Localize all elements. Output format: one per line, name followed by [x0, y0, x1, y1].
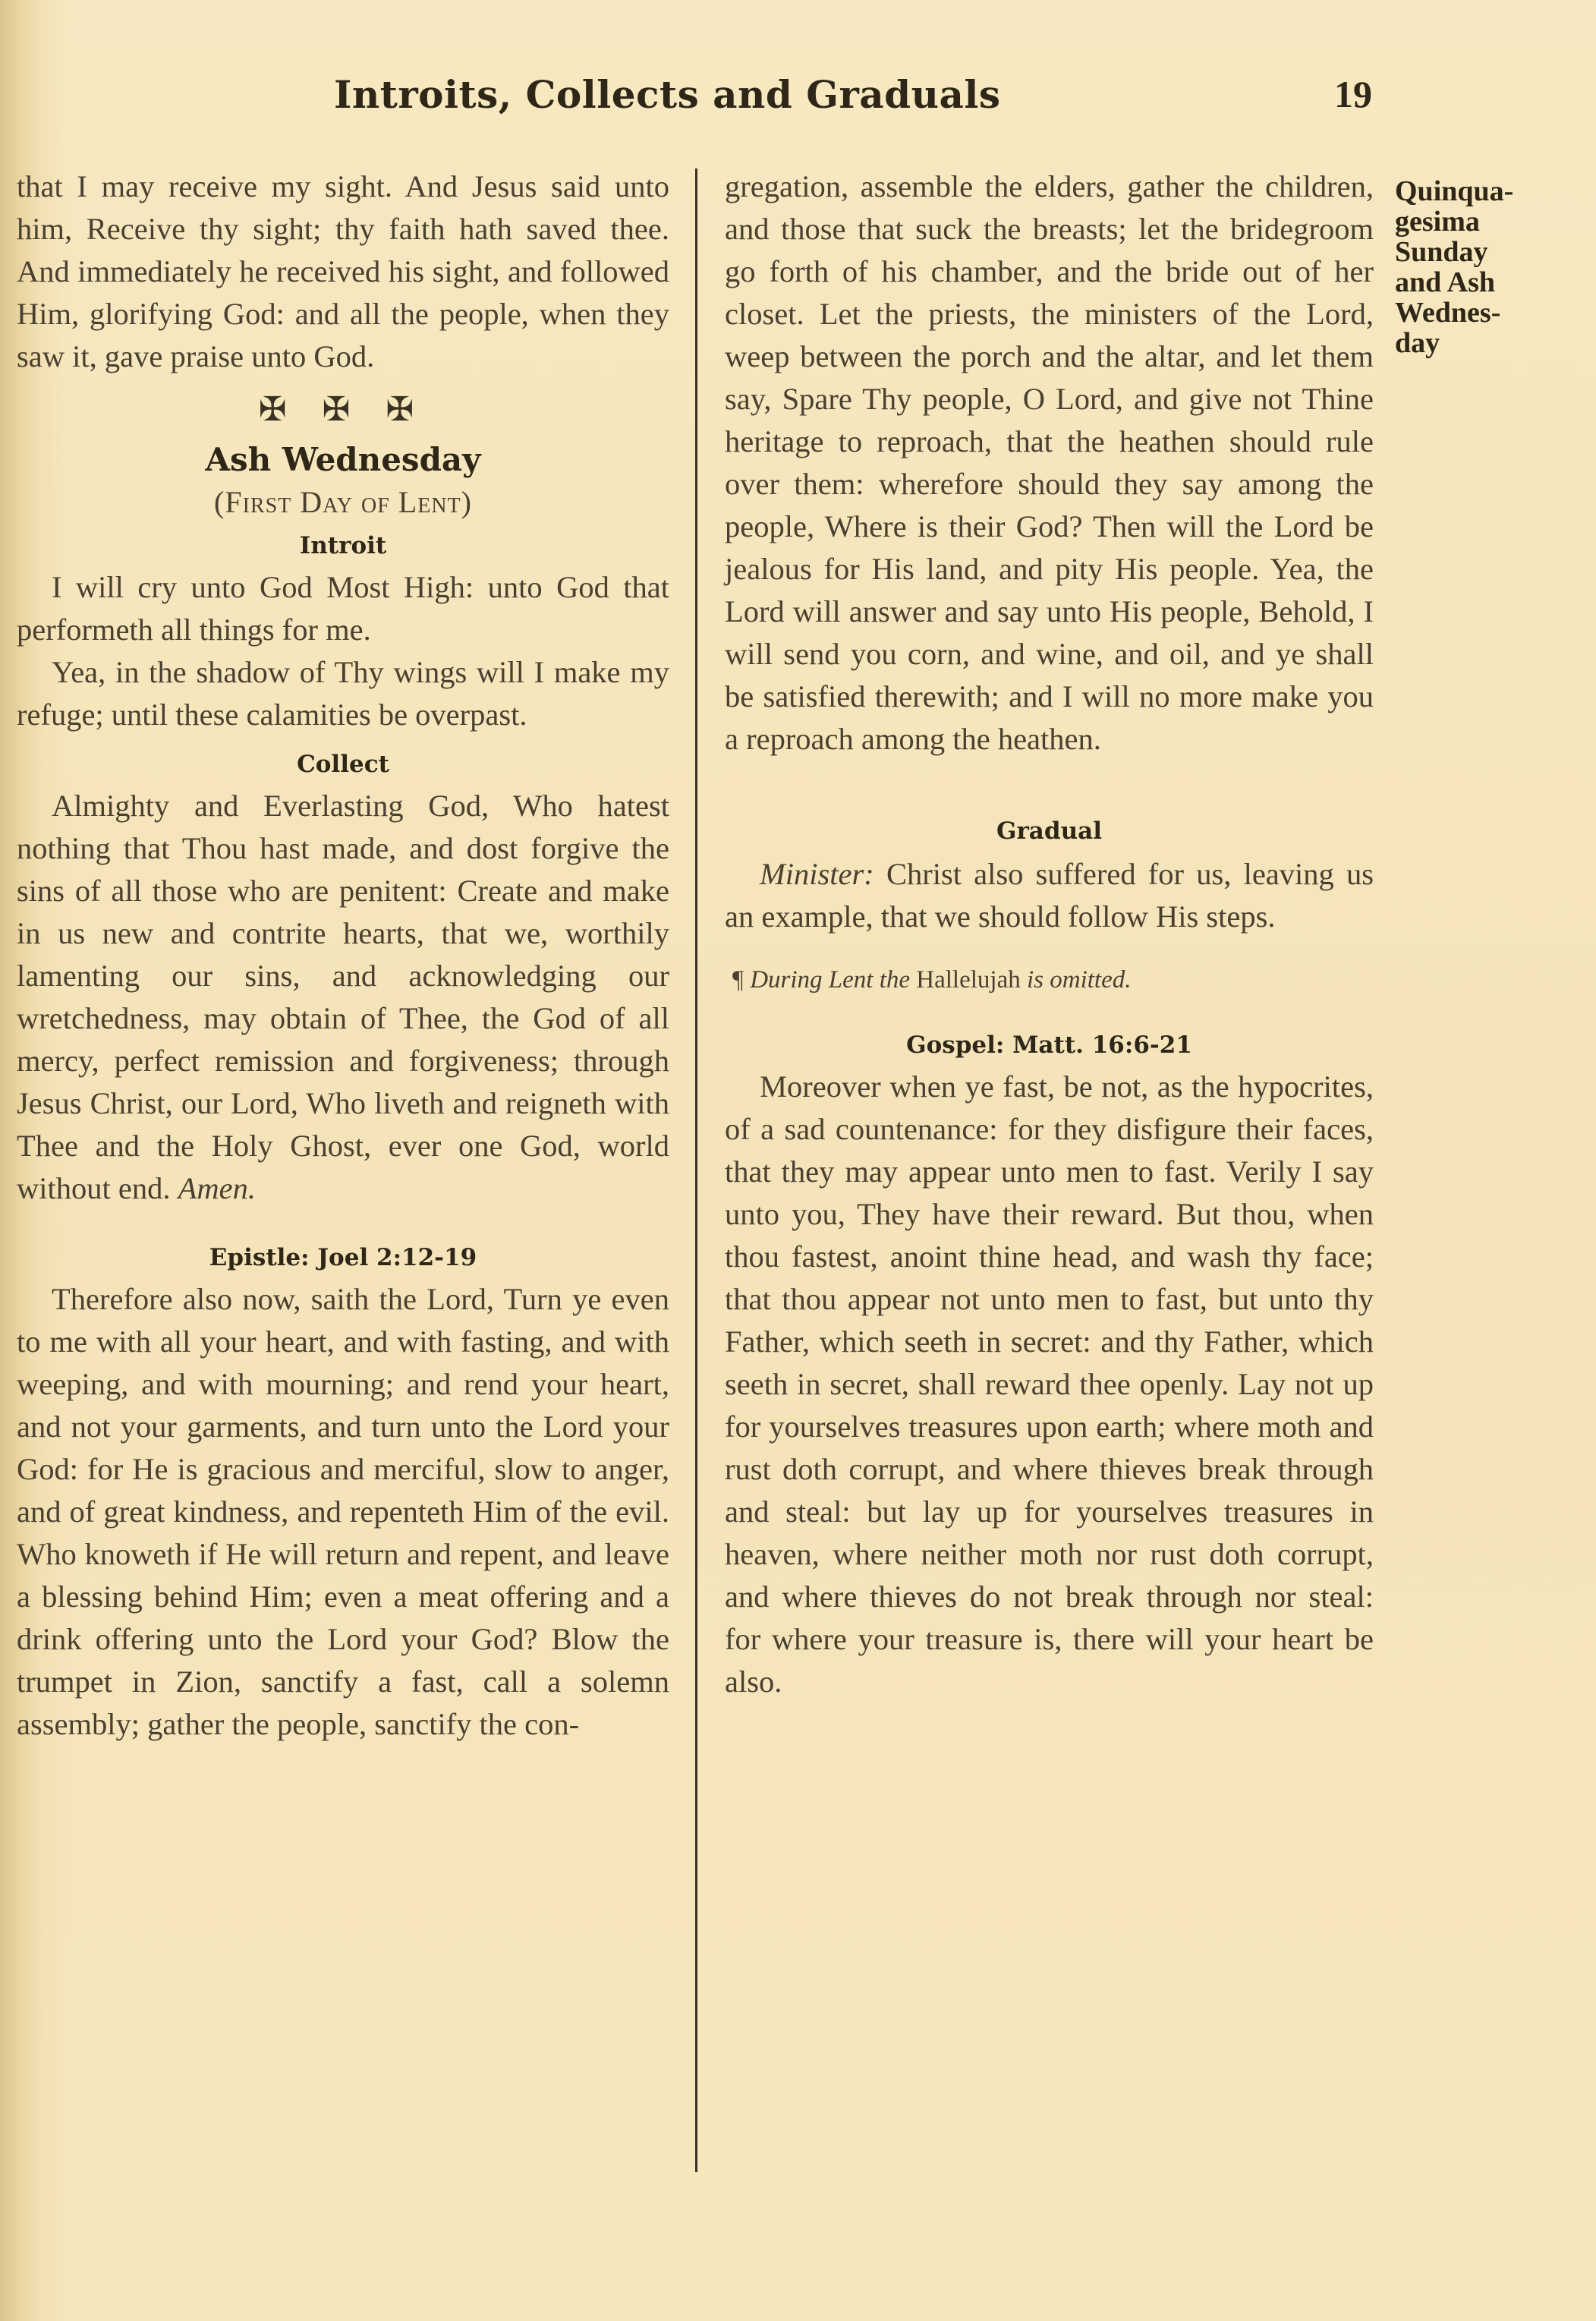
lent-rubric: ¶ During Lent the Hallelujah is omitted. — [725, 962, 1374, 997]
gospel-continuation: that I may receive my sight. And Jesus s… — [17, 165, 669, 378]
running-head: Introits, Collects and Graduals 19 — [334, 72, 1381, 125]
feast-subtitle: (First Day of Lent) — [17, 481, 669, 524]
running-title: Introits, Collects and Graduals — [334, 72, 1001, 117]
introit-heading: Introit — [17, 528, 669, 563]
gradual-heading: Gradual — [725, 814, 1374, 849]
margin-note-line: gesima — [1395, 206, 1547, 237]
gradual-text: Minister: Christ also suffered for us, l… — [725, 853, 1374, 938]
left-column: that I may receive my sight. And Jesus s… — [17, 165, 669, 1746]
gospel-text: Moreover when ye fast, be not, as the hy… — [725, 1066, 1374, 1703]
margin-note: Quinqua- gesima Sunday and Ash Wednes- d… — [1395, 176, 1547, 358]
epistle-continuation: gregation, assemble the elders, gather t… — [725, 165, 1374, 761]
epistle-text: Therefore also now, saith the Lord, Turn… — [17, 1278, 669, 1746]
margin-note-line: Quinqua- — [1395, 176, 1547, 206]
collect-body: Almighty and Everlasting God, Who hatest… — [17, 789, 669, 1205]
column-divider — [695, 168, 697, 2172]
margin-note-line: Sunday — [1395, 237, 1547, 267]
collect-amen: Amen. — [178, 1171, 256, 1205]
introit-verse-2: Yea, in the shadow of Thy wings will I m… — [17, 651, 669, 736]
rubric-part-2: is omitted. — [1027, 966, 1132, 994]
rubric-word: Hallelujah — [916, 966, 1020, 994]
feast-title: Ash Wednesday — [17, 439, 669, 481]
margin-note-line: Wednes- — [1395, 298, 1547, 328]
collect-text: Almighty and Everlasting God, Who hatest… — [17, 785, 669, 1210]
rubric-part-1: During Lent the — [750, 966, 910, 994]
gradual-speaker: Minister: — [760, 857, 874, 891]
page-number: 19 — [1334, 72, 1372, 116]
cross-ornament-icon: ✠ ✠ ✠ — [17, 389, 669, 431]
margin-note-line: and Ash — [1395, 267, 1547, 298]
epistle-heading: Epistle: Joel 2:12-19 — [17, 1240, 669, 1275]
right-column: gregation, assemble the elders, gather t… — [725, 165, 1374, 1703]
collect-heading: Collect — [17, 747, 669, 782]
margin-note-line: day — [1395, 328, 1547, 358]
pilcrow-icon: ¶ — [732, 966, 744, 994]
gospel-heading: Gospel: Matt. 16:6-21 — [725, 1028, 1374, 1063]
introit-verse-1: I will cry unto God Most High: unto God … — [17, 566, 669, 651]
